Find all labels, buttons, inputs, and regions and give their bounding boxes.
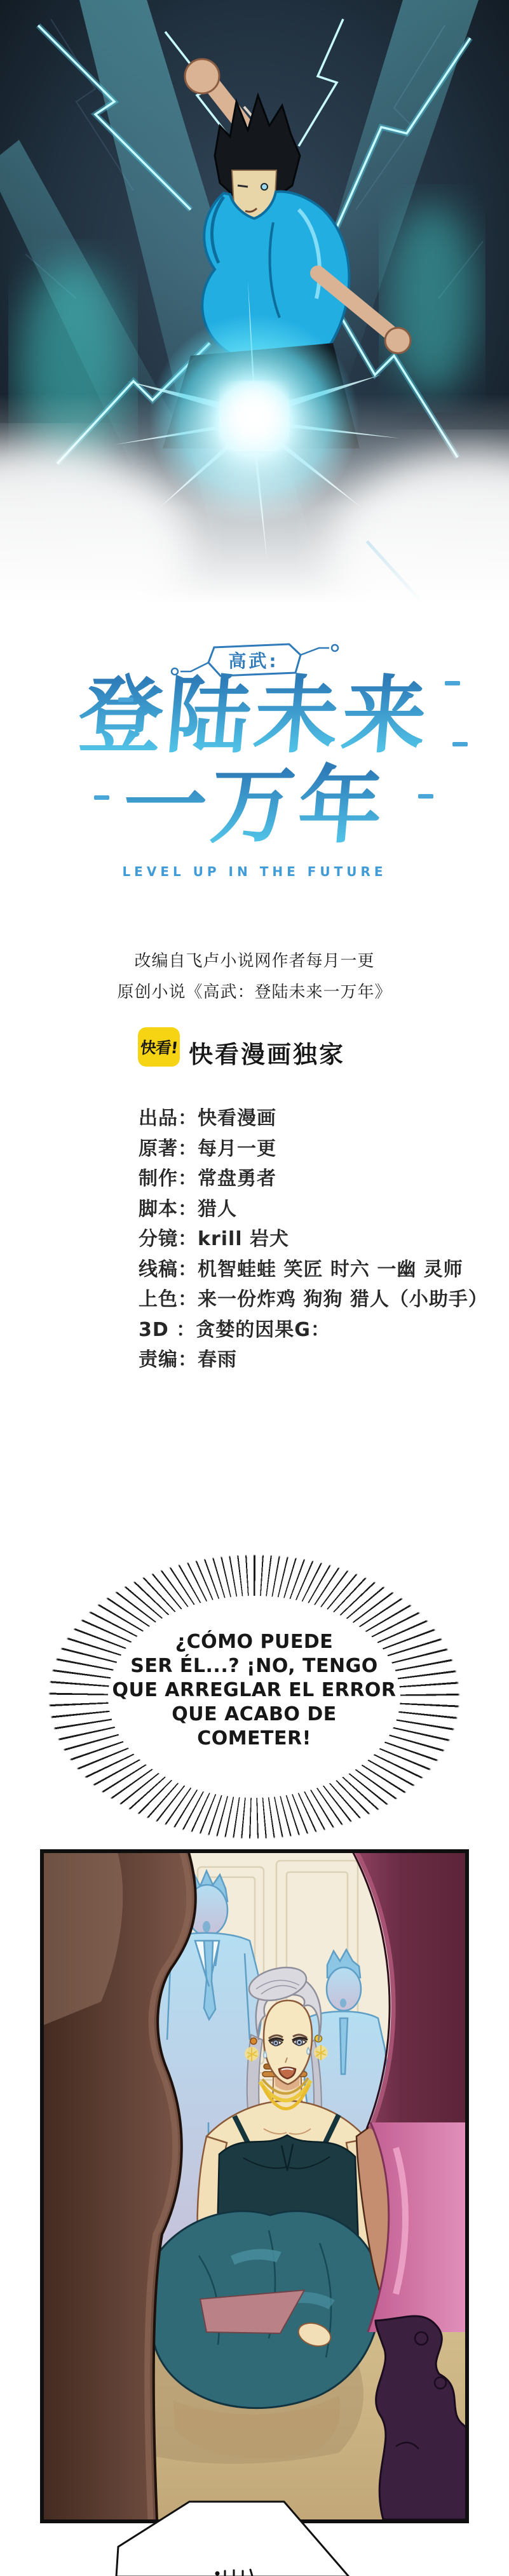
deco-dash xyxy=(445,681,460,685)
adaptation-note: 改编自飞卢小说网作者每月一更 xyxy=(0,948,509,971)
credit-line: 上色：来一份炸鸡 狗狗 猎人（小助手） xyxy=(139,1285,488,1315)
credit-line: 出品：快看漫画 xyxy=(139,1103,488,1134)
comic-panel xyxy=(40,1849,469,2523)
bubble-line: SER ÉL...? ¡NO, TENGO xyxy=(76,1654,432,1678)
credit-line: 3D ：贪婪的因果G： xyxy=(139,1315,488,1345)
credit-line: 脚本：猎人 xyxy=(139,1194,488,1225)
publisher-exclusive-label: 快看漫画独家 xyxy=(189,1035,345,1070)
credits-block: 出品：快看漫画 原著：每月一更 制作：常盘勇者 脚本：猎人 分镜：krill 岩… xyxy=(139,1103,488,1375)
deco-dash xyxy=(94,795,109,800)
comic-page: 高武: 登陆未来 一万年 LEVEL UP IN THE FUTURE 改编自飞… xyxy=(0,0,509,2576)
circuit-node-icon xyxy=(332,645,338,651)
deco-dash xyxy=(418,794,433,799)
bubble-line: QUE ACABO DE xyxy=(76,1703,432,1727)
fade-to-white xyxy=(0,394,509,604)
credit-line: 线稿：机智蛙蛙 笑匠 时六 一幽 灵师 xyxy=(139,1255,488,1285)
series-subtitle-en: LEVEL UP IN THE FUTURE xyxy=(0,864,509,879)
burst-bubble-text: ¿CÓMO PUEDE SER ÉL...? ¡NO, TENGO QUE AR… xyxy=(76,1630,432,1751)
bottom-speech-bubble xyxy=(100,2489,362,2576)
deco-dash xyxy=(118,698,133,702)
kuaikan-logo-text: 快看! xyxy=(139,1035,179,1058)
bubble-line: QUE ARREGLAR EL ERROR xyxy=(76,1678,432,1703)
deco-dash xyxy=(452,742,468,746)
credit-line: 原著：每月一更 xyxy=(139,1134,488,1164)
kuaikan-logo: 快看! xyxy=(138,1027,180,1067)
original-novel-note: 原创小说《高武：登陆未来一万年》 xyxy=(0,979,509,1002)
credit-line: 制作：常盘勇者 xyxy=(139,1164,488,1194)
series-title-line1: 登陆未来 xyxy=(0,671,509,762)
credit-line: 分镜：krill 岩犬 xyxy=(139,1224,488,1255)
bubble-line: COMETER! xyxy=(76,1727,432,1751)
cover-art-illustration xyxy=(0,0,509,604)
bubble-line: ¿CÓMO PUEDE xyxy=(76,1630,432,1654)
series-title-line2: 一万年 xyxy=(0,761,509,852)
credit-line: 责编：春雨 xyxy=(139,1345,488,1375)
